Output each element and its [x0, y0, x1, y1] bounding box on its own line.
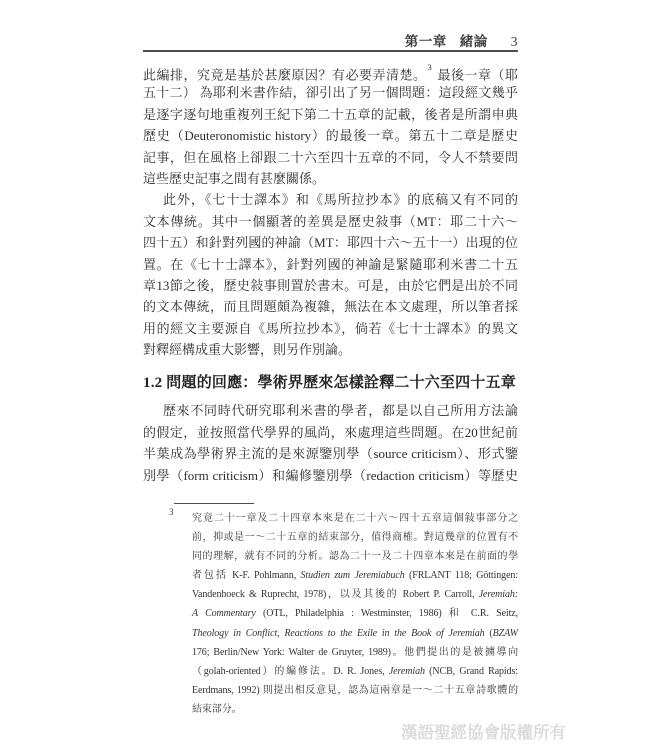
- text-segment: 別學（form criticism）和編修鑒別學（redaction criti…: [143, 468, 518, 483]
- text-segment: Jeremiah:: [479, 589, 518, 600]
- text-line: 同的理解，就有不同的分析。認為二十一及二十四章本來是在前面的學: [192, 547, 518, 566]
- text-segment: 最後一章（耶: [434, 67, 518, 82]
- text-segment: Eerdmans, 1992) 則提出相反意見，認為這兩章是一～二十五章詩歌體的: [192, 685, 518, 696]
- text-line: 別學（form criticism）和編修鑒別學（redaction criti…: [143, 465, 518, 486]
- text-segment: Jeremiah: [389, 666, 425, 677]
- text-line: 記事，但在風格上卻跟二十六至四十五章的不同，令人不禁要問: [143, 147, 518, 168]
- header-rule: [143, 50, 518, 52]
- text-segment: 此編排，究竟是基於甚麼原因？有必要弄清楚。: [143, 67, 426, 82]
- text-line: 用的經文主要源自《馬所拉抄本》，倘若《七十士譯本》的異文: [143, 318, 518, 339]
- text-line: 的假定，並按照當代學界的風尚，來處理這些問題。在20世紀前: [143, 422, 518, 443]
- text-segment: 結束部分。: [192, 704, 242, 715]
- text-segment: 章13節之後，歷史敍事則置於書末。可是，由於它們是出於不同: [143, 278, 518, 293]
- text-line: 歷來不同時代研究耶利米書的學者，都是以自己所用方法論: [143, 400, 518, 421]
- text-line: Vandenhoeck & Ruprecht, 1978)，以及其後的 Robe…: [192, 585, 518, 604]
- text-segment: 此外，《七十士譯本》和《馬所拉抄本》的底稿又有不同的: [163, 192, 518, 207]
- text-line: 此編排，究竟是基於甚麼原因？有必要弄清楚。3 最後一章（耶: [143, 61, 518, 82]
- text-segment: Studien zum Jeremiabuch: [301, 570, 405, 581]
- paragraph: 歷來不同時代研究耶利米書的學者，都是以自己所用方法論的假定，並按照當代學界的風尚…: [143, 400, 518, 486]
- paragraph: 究竟二十一章及二十四章本來是在二十六～四十五章這個敍事部分之前，抑或是一～二十五…: [192, 509, 518, 719]
- text-segment: 四十五）和針對列國的神諭（MT：耶四十六～五十一）出現的位: [143, 235, 518, 250]
- text-line: 此外，《七十士譯本》和《馬所拉抄本》的底稿又有不同的: [143, 189, 518, 210]
- text-line: 半葉成為學術界主流的是來源鑒別學（source criticism）、形式鑒: [143, 443, 518, 464]
- text-line: 五十二） 為耶利米書作結，卻引出了另一個問題：這段經文幾乎: [143, 82, 518, 103]
- text-segment: A Commentary: [192, 608, 256, 619]
- paragraph: 此外，《七十士譯本》和《馬所拉抄本》的底稿又有不同的文本傳統。其中一個顯著的差異…: [143, 189, 518, 360]
- text-segment: (OTL, Philadelphia : Westminster, 1986) …: [256, 608, 518, 619]
- text-segment: Vandenhoeck & Ruprecht, 1978)，以及其後的 Robe…: [192, 589, 479, 600]
- text-line: （golah-oriented）的編修法。D. R. Jones, Jeremi…: [192, 662, 518, 681]
- running-header: 第一章緒論3: [143, 30, 518, 50]
- footnote-text: 究竟二十一章及二十四章本來是在二十六～四十五章這個敍事部分之前，抑或是一～二十五…: [192, 509, 518, 719]
- text-line: 的文本傳統，而且問題頗為複雜，無法在本文處理，所以筆者採: [143, 296, 518, 317]
- text-segment: 同的理解，就有不同的分析。認為二十一及二十四章本來是在前面的學: [192, 551, 518, 562]
- text-segment: 置。在《七十士譯本》，針對列國的神諭是緊隨耶利米書二十五: [143, 257, 518, 272]
- text-segment: 前，抑或是一～二十五章的結束部分，值得商榷。對這幾章的位置有不: [192, 532, 518, 543]
- text-segment: (: [485, 628, 493, 639]
- text-segment: 歷來不同時代研究耶利米書的學者，都是以自己所用方法論: [163, 403, 518, 418]
- text-segment: 的文本傳統，而且問題頗為複雜，無法在本文處理，所以筆者採: [143, 299, 518, 314]
- text-line: 對釋經構成重大影響，則另作別論。: [143, 339, 518, 360]
- section-heading: 1.2 問題的回應：學術界歷來怎樣詮釋二十六至四十五章: [143, 370, 518, 396]
- paragraph-group: 歷來不同時代研究耶利米書的學者，都是以自己所用方法論的假定，並按照當代學界的風尚…: [143, 400, 518, 486]
- text-line: 章13節之後，歷史敍事則置於書末。可是，由於它們是出於不同: [143, 275, 518, 296]
- text-segment: 是逐字逐句地重複列王紀下第二十五章的記載，後者是所謂申典: [143, 107, 518, 122]
- text-line: 者包括 K-F. Pohlmann, Studien zum Jeremiabu…: [192, 566, 518, 585]
- section-title: 緒論: [460, 34, 488, 49]
- text-segment: 的假定，並按照當代學界的風尚，來處理這些問題。在20世紀前: [143, 425, 518, 440]
- text-segment: Theology in Conflict, Reactions to the E…: [192, 628, 485, 639]
- text-line: 置。在《七十士譯本》，針對列國的神諭是緊隨耶利米書二十五: [143, 254, 518, 275]
- text-segment: 對釋經構成重大影響，則另作別論。: [143, 342, 351, 357]
- footnote-marker: 3: [169, 507, 174, 517]
- copyright-watermark: 漢語聖經協會版權所有: [401, 719, 566, 743]
- text-segment: BZAW: [493, 628, 518, 639]
- text-line: A Commentary (OTL, Philadelphia : Westmi…: [192, 604, 518, 623]
- text-segment: 記事，但在風格上卻跟二十六至四十五章的不同，令人不禁要問: [143, 150, 518, 165]
- text-line: Eerdmans, 1992) 則提出相反意見，認為這兩章是一～二十五章詩歌體的: [192, 681, 518, 700]
- text-line: 文本傳統。其中一個顯著的差異是歷史敍事（MT：耶二十六～: [143, 211, 518, 232]
- text-line: 究竟二十一章及二十四章本來是在二十六～四十五章這個敍事部分之: [192, 509, 518, 528]
- text-segment: 歷史（Deuteronomistic history）的最後一章。第五十二章是歷…: [143, 128, 518, 143]
- text-segment: 用的經文主要源自《馬所拉抄本》，倘若《七十士譯本》的異文: [143, 321, 518, 336]
- page-number: 3: [511, 34, 518, 49]
- text-segment: 者包括 K-F. Pohlmann,: [192, 570, 301, 581]
- text-segment: 這些歷史記事之間有甚麼關係。: [143, 171, 325, 186]
- footnote-rule: [174, 503, 254, 504]
- text-segment: 半葉成為學術界主流的是來源鑒別學（source criticism）、形式鑒: [143, 446, 518, 461]
- text-segment: 五十二） 為耶利米書作結，卻引出了另一個問題：這段經文幾乎: [143, 85, 518, 100]
- text-segment: (FRLANT 118; Göttingen:: [405, 570, 518, 581]
- text-line: 歷史（Deuteronomistic history）的最後一章。第五十二章是歷…: [143, 125, 518, 146]
- text-line: 是逐字逐句地重複列王紀下第二十五章的記載，後者是所謂申典: [143, 104, 518, 125]
- text-line: 四十五）和針對列國的神諭（MT：耶四十六～五十一）出現的位: [143, 232, 518, 253]
- text-segment: 文本傳統。其中一個顯著的差異是歷史敍事（MT：耶二十六～: [143, 214, 518, 229]
- paragraph: 此編排，究竟是基於甚麼原因？有必要弄清楚。3 最後一章（耶五十二） 為耶利米書作…: [143, 61, 518, 189]
- body-text: 此編排，究竟是基於甚麼原因？有必要弄清楚。3 最後一章（耶五十二） 為耶利米書作…: [143, 61, 518, 486]
- text-line: 176; Berlin/New York: Walter de Gruyter,…: [192, 643, 518, 662]
- chapter-title: 第一章: [405, 34, 447, 49]
- book-page: 第一章緒論3 此編排，究竟是基於甚麼原因？有必要弄清楚。3 最後一章（耶五十二）…: [0, 0, 650, 750]
- paragraph-group: 此編排，究竟是基於甚麼原因？有必要弄清楚。3 最後一章（耶五十二） 為耶利米書作…: [143, 61, 518, 360]
- text-line: Theology in Conflict, Reactions to the E…: [192, 624, 518, 643]
- footnote-reference: 3: [427, 62, 431, 72]
- text-line: 這些歷史記事之間有甚麼關係。: [143, 168, 518, 189]
- text-line: 結束部分。: [192, 700, 518, 719]
- text-segment: （golah-oriented）的編修法。D. R. Jones,: [192, 666, 389, 677]
- text-segment: 究竟二十一章及二十四章本來是在二十六～四十五章這個敍事部分之: [192, 513, 518, 524]
- text-segment: (NCB, Grand Rapids:: [425, 666, 518, 677]
- text-segment: 176; Berlin/New York: Walter de Gruyter,…: [192, 647, 518, 658]
- text-line: 前，抑或是一～二十五章的結束部分，值得商榷。對這幾章的位置有不: [192, 528, 518, 547]
